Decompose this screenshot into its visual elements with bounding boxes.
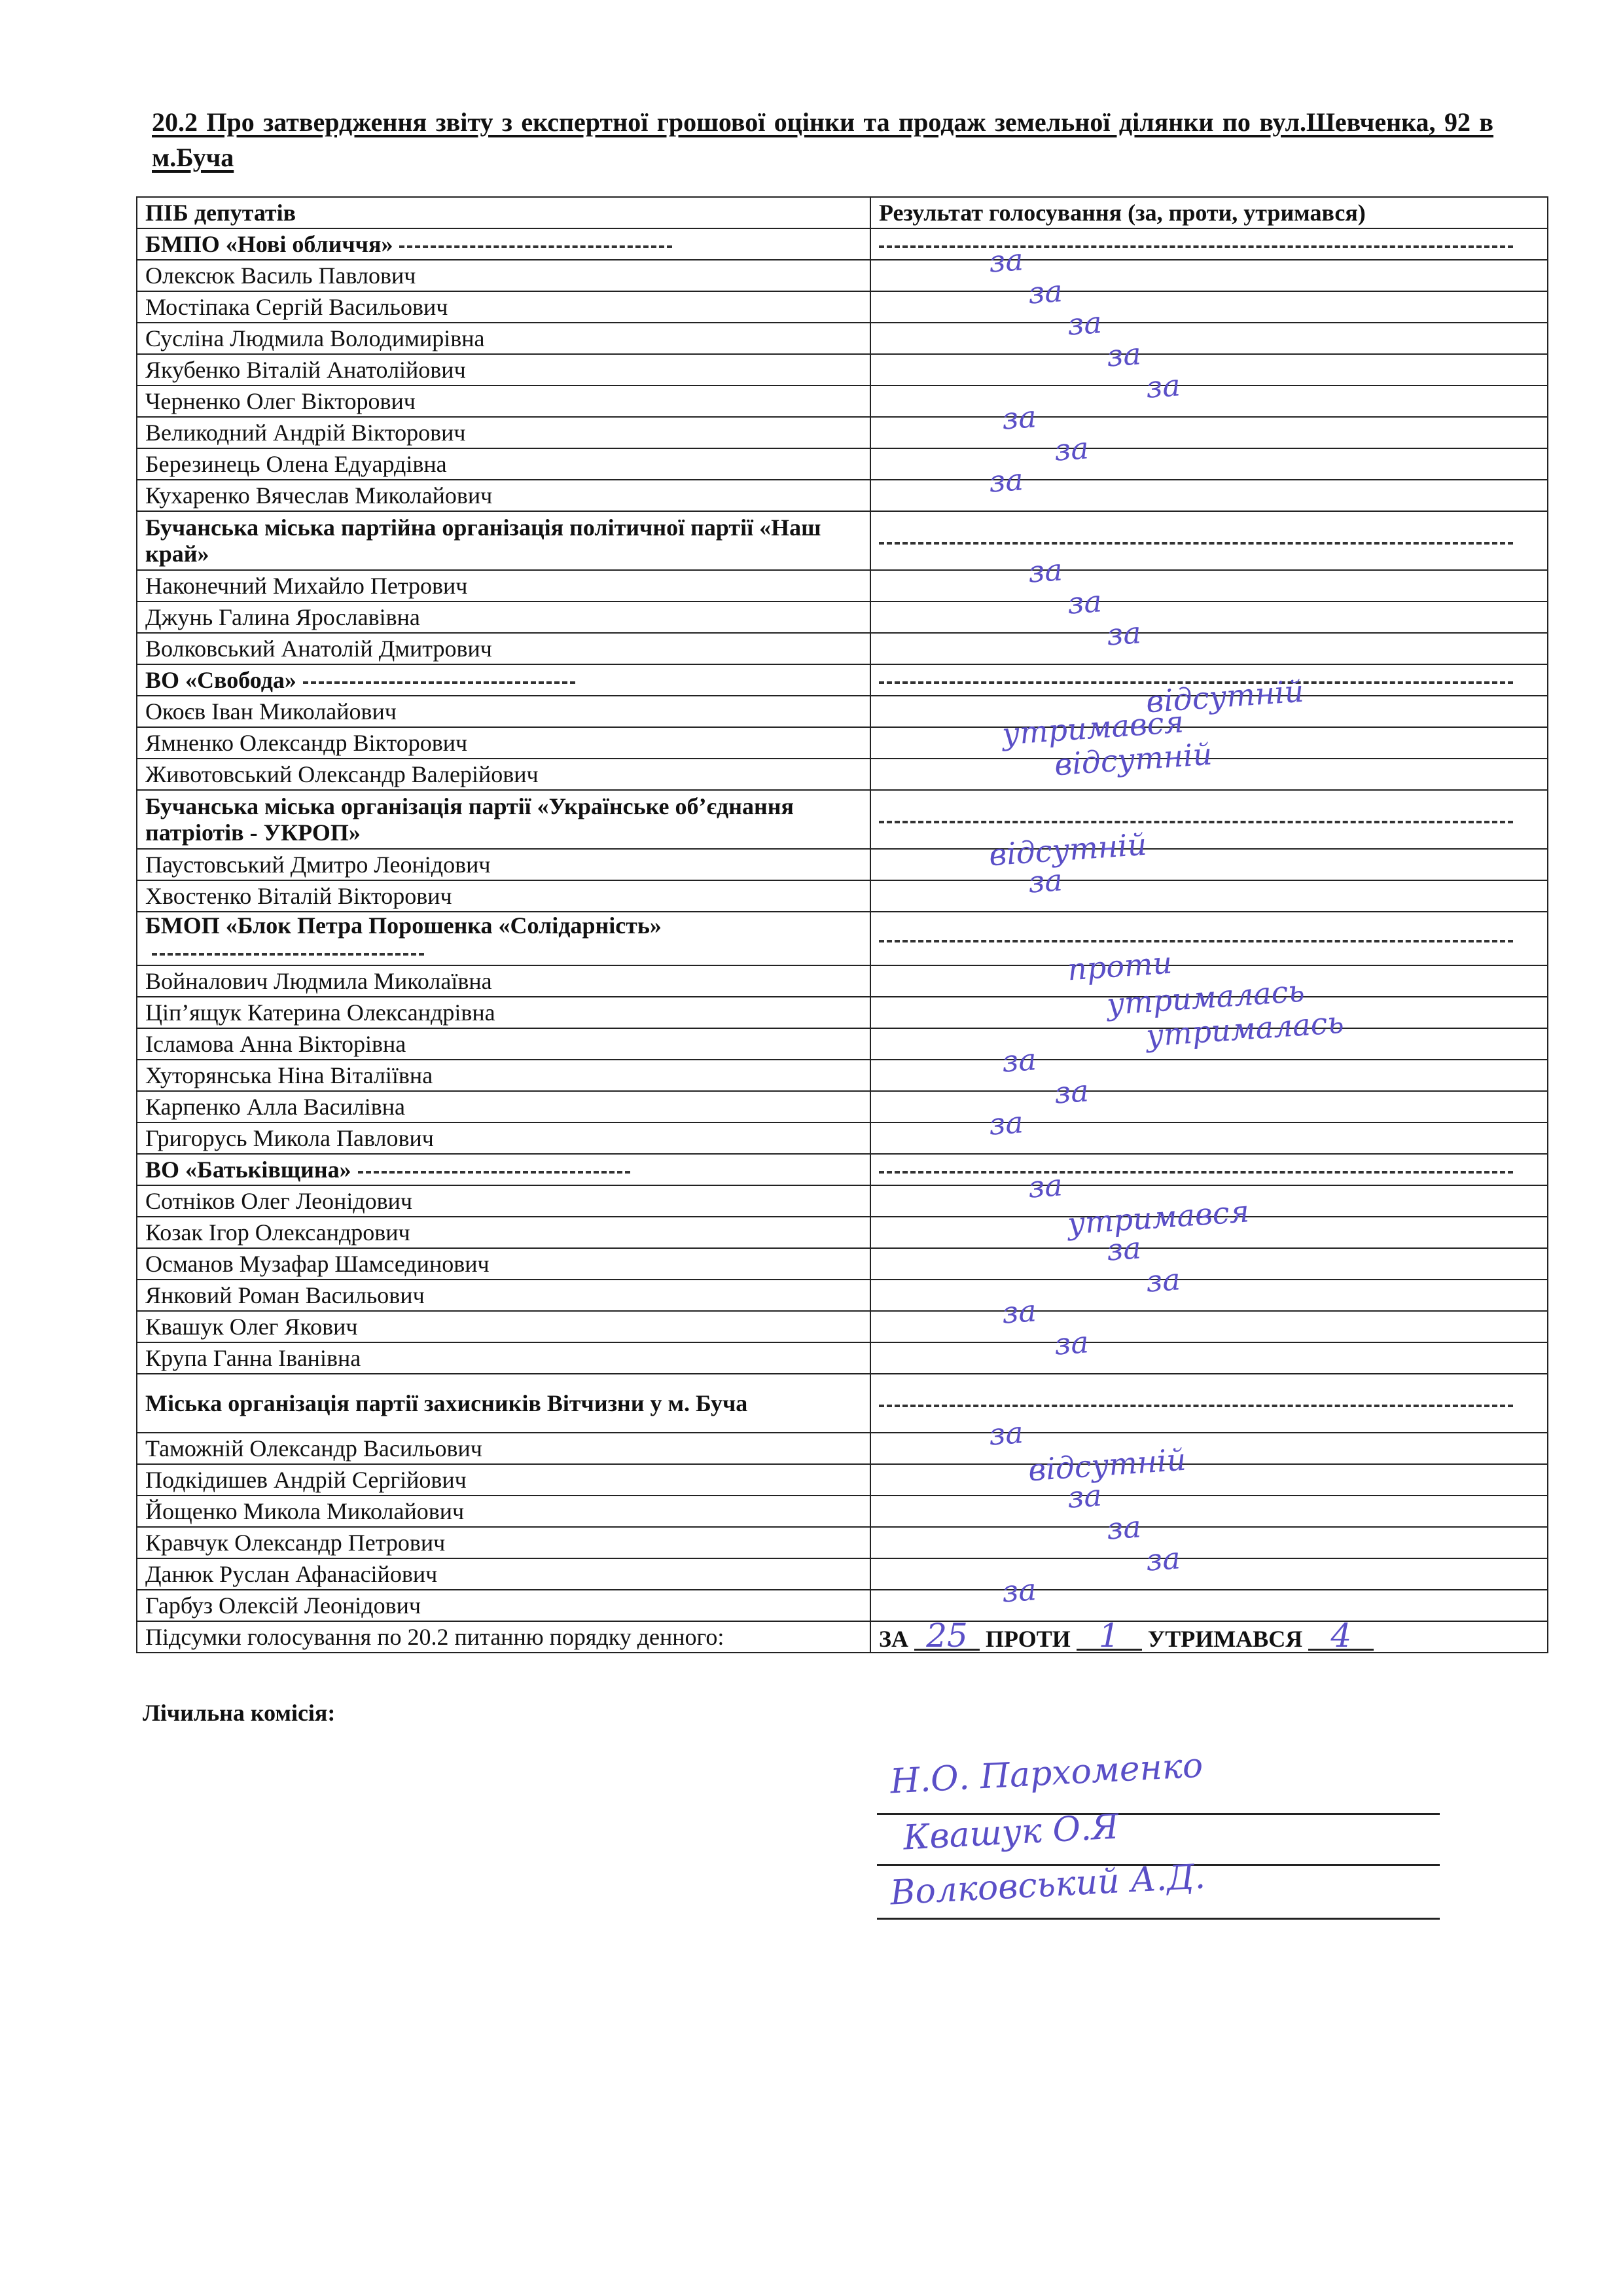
dashed-filler bbox=[303, 681, 575, 684]
deputy-name: Войналович Людмила Миколаївна bbox=[137, 965, 870, 997]
deputy-row: Янковий Роман Васильовичза bbox=[137, 1280, 1548, 1311]
handwritten-vote: за bbox=[1054, 1077, 1090, 1106]
deputy-row: Ямненко Олександр Вікторовичутримався bbox=[137, 727, 1548, 759]
handwritten-vote: за bbox=[1027, 278, 1063, 306]
deputy-name: Йощенко Микола Миколайович bbox=[137, 1496, 870, 1527]
deputy-name: Наконечний Михайло Петрович bbox=[137, 570, 870, 601]
handwritten-vote: за bbox=[1106, 1234, 1142, 1263]
dashed-filler bbox=[879, 1405, 1513, 1407]
handwritten-vote: за bbox=[1027, 867, 1063, 895]
deputy-name: Османов Музафар Шамсединович bbox=[137, 1248, 870, 1280]
party-name: БМПО «Нові обличчя» bbox=[145, 231, 393, 257]
deputy-name: Крупа Ганна Іванівна bbox=[137, 1342, 870, 1374]
handwritten-vote: за bbox=[988, 466, 1024, 495]
deputy-name: Мостіпака Сергій Васильович bbox=[137, 291, 870, 323]
abstain-label: УТРИМАВСЯ bbox=[1148, 1626, 1302, 1652]
dashed-filler bbox=[879, 1171, 1513, 1174]
deputy-name: Сусліна Людмила Володимирівна bbox=[137, 323, 870, 354]
party-name: ВО «Батьківщина» bbox=[145, 1157, 351, 1183]
deputy-name: Березинець Олена Едуардівна bbox=[137, 448, 870, 480]
deputy-row: Османов Музафар Шамсединовичза bbox=[137, 1248, 1548, 1280]
header-result: Результат голосування (за, проти, утрима… bbox=[870, 197, 1548, 228]
deputy-name: Джунь Галина Ярославівна bbox=[137, 601, 870, 633]
deputy-row: Войналович Людмила Миколаївнапроти bbox=[137, 965, 1548, 997]
handwritten-vote: проти bbox=[1067, 949, 1173, 982]
against-label: ПРОТИ bbox=[986, 1626, 1071, 1652]
deputy-name: Янковий Роман Васильович bbox=[137, 1280, 870, 1311]
dashed-filler bbox=[879, 245, 1513, 248]
handwritten-vote: за bbox=[988, 246, 1024, 275]
page-title: 20.2 Про затвердження звіту з експертної… bbox=[152, 105, 1493, 175]
counting-commission-label: Лічильна комісія: bbox=[143, 1699, 335, 1727]
handwritten-vote: за bbox=[1001, 403, 1037, 432]
handwritten-vote: за bbox=[1027, 556, 1063, 585]
dashed-filler bbox=[399, 245, 671, 248]
deputy-name: Кухаренко Вячеслав Миколайович bbox=[137, 480, 870, 511]
deputy-row: Козак Ігор Олександровичутримався bbox=[137, 1217, 1548, 1248]
party-group-row: ВО «Батьківщина» bbox=[137, 1154, 1548, 1185]
handwritten-vote: за bbox=[1145, 372, 1181, 401]
title-text: 20.2 Про затвердження звіту з експертної… bbox=[152, 107, 1493, 172]
handwritten-vote: за bbox=[988, 1419, 1024, 1448]
deputy-name: Волковський Анатолій Дмитрович bbox=[137, 633, 870, 664]
summary-label: Підсумки голосування по 20.2 питанню пор… bbox=[137, 1621, 870, 1653]
deputy-row: Березинець Олена Едуардівназа bbox=[137, 448, 1548, 480]
handwritten-vote: за bbox=[1027, 1172, 1063, 1200]
handwritten-vote: за bbox=[1067, 588, 1103, 617]
handwritten-vote: за bbox=[1067, 1482, 1103, 1511]
handwritten-vote: за bbox=[1001, 1297, 1037, 1326]
deputy-name: Ямненко Олександр Вікторович bbox=[137, 727, 870, 759]
party-group-row: ВО «Свобода» bbox=[137, 664, 1548, 696]
deputy-row: Йощенко Микола Миколайовичза bbox=[137, 1496, 1548, 1527]
party-name: Міська організація партії захисників Віт… bbox=[145, 1390, 747, 1416]
against-count: 1 bbox=[1077, 1623, 1142, 1651]
deputy-row: Наконечний Михайло Петровичза bbox=[137, 570, 1548, 601]
handwritten-vote: за bbox=[1001, 1576, 1037, 1605]
deputy-name: Паустовський Дмитро Леонідович bbox=[137, 849, 870, 880]
signature-line bbox=[877, 1918, 1440, 1920]
deputy-name: Данюк Руслан Афанасійович bbox=[137, 1558, 870, 1590]
party-group-row: Міська організація партії захисників Віт… bbox=[137, 1374, 1548, 1433]
abstain-count: 4 bbox=[1308, 1623, 1374, 1651]
handwritten-vote: за bbox=[1054, 435, 1090, 463]
party-group-row: Бучанська міська організація партії «Укр… bbox=[137, 790, 1548, 849]
deputy-name: Животовський Олександр Валерійович bbox=[137, 759, 870, 790]
deputy-row: Хвостенко Віталій Вікторовичза bbox=[137, 880, 1548, 912]
dashed-filler bbox=[879, 542, 1513, 545]
deputy-row: Подкідишев Андрій Сергійовичвідсутній bbox=[137, 1464, 1548, 1496]
deputy-row: Волковський Анатолій Дмитровичза bbox=[137, 633, 1548, 664]
deputy-name: Квашук Олег Якович bbox=[137, 1311, 870, 1342]
party-name: ВО «Свобода» bbox=[145, 667, 296, 693]
handwritten-vote: утримався bbox=[1067, 1198, 1250, 1236]
handwritten-vote: за bbox=[988, 1109, 1024, 1138]
handwritten-vote: за bbox=[1001, 1046, 1037, 1075]
deputy-row: Олексюк Василь Павловичза bbox=[137, 260, 1548, 291]
deputy-row: Мостіпака Сергій Васильовичза bbox=[137, 291, 1548, 323]
party-name: Бучанська міська партійна організація по… bbox=[145, 514, 821, 567]
summary-row: Підсумки голосування по 20.2 питанню пор… bbox=[137, 1621, 1548, 1653]
summary-totals: ЗА 25 ПРОТИ 1 УТРИМАВСЯ 4 bbox=[870, 1621, 1548, 1653]
deputy-row: Данюк Руслан Афанасійовичза bbox=[137, 1558, 1548, 1590]
dashed-filler bbox=[358, 1171, 630, 1174]
deputy-row: Сотніков Олег Леонідовичза bbox=[137, 1185, 1548, 1217]
deputy-row: Паустовський Дмитро Леонідовичвідсутній bbox=[137, 849, 1548, 880]
deputy-name: Григорусь Микола Павлович bbox=[137, 1122, 870, 1154]
deputy-row: Хуторянська Ніна Віталіївназа bbox=[137, 1060, 1548, 1091]
deputy-name: Якубенко Віталій Анатолійович bbox=[137, 354, 870, 386]
dashed-filler bbox=[879, 940, 1513, 942]
deputy-name: Гарбуз Олексій Леонідович bbox=[137, 1590, 870, 1621]
deputy-name: Окоєв Іван Миколайович bbox=[137, 696, 870, 727]
handwritten-vote: за bbox=[1106, 1513, 1142, 1542]
handwritten-vote: за bbox=[1054, 1329, 1090, 1357]
deputy-row: Сусліна Людмила Володимирівназа bbox=[137, 323, 1548, 354]
handwritten-vote: відсутній bbox=[1027, 1446, 1187, 1484]
voting-table: ПІБ депутатів Результат голосування (за,… bbox=[136, 196, 1548, 1653]
deputy-row: Великодний Андрій Вікторовичза bbox=[137, 417, 1548, 448]
handwritten-vote: відсутній bbox=[988, 831, 1148, 869]
deputy-row: Кухаренко Вячеслав Миколайовичза bbox=[137, 480, 1548, 511]
deputy-name: Ціп’ящук Катерина Олександрівна bbox=[137, 997, 870, 1028]
deputy-row: Черненко Олег Вікторовичза bbox=[137, 386, 1548, 417]
handwritten-vote: відсутній bbox=[1054, 741, 1213, 778]
deputy-name: Олексюк Василь Павлович bbox=[137, 260, 870, 291]
signature: Н.О. Пархоменко bbox=[889, 1746, 1204, 1802]
handwritten-vote: за bbox=[1106, 619, 1142, 648]
header-name: ПІБ депутатів bbox=[137, 197, 870, 228]
party-group-row: БМОП «Блок Петра Порошенка «Солідарність… bbox=[137, 912, 1548, 965]
deputy-name: Карпенко Алла Василівна bbox=[137, 1091, 870, 1122]
deputy-row: Ісламова Анна Вікторівнаутрималась bbox=[137, 1028, 1548, 1060]
deputy-row: Животовський Олександр Валерійовичвідсут… bbox=[137, 759, 1548, 790]
for-count: 25 bbox=[914, 1623, 980, 1651]
party-name: БМОП «Блок Петра Порошенка «Солідарність… bbox=[145, 912, 662, 939]
handwritten-vote: за bbox=[1106, 340, 1142, 369]
dashed-filler bbox=[879, 821, 1513, 823]
deputy-row: Крупа Ганна Іванівназа bbox=[137, 1342, 1548, 1374]
table-header: ПІБ депутатів Результат голосування (за,… bbox=[137, 197, 1548, 228]
deputy-row: Карпенко Алла Василівназа bbox=[137, 1091, 1548, 1122]
deputy-row: Григорусь Микола Павловичза bbox=[137, 1122, 1548, 1154]
deputy-name: Сотніков Олег Леонідович bbox=[137, 1185, 870, 1217]
deputy-name: Хвостенко Віталій Вікторович bbox=[137, 880, 870, 912]
deputy-name: Черненко Олег Вікторович bbox=[137, 386, 870, 417]
handwritten-vote: за bbox=[1067, 309, 1103, 338]
party-group-row: Бучанська міська партійна організація по… bbox=[137, 511, 1548, 570]
handwritten-vote: за bbox=[1145, 1545, 1181, 1573]
deputy-name: Подкідишев Андрій Сергійович bbox=[137, 1464, 870, 1496]
deputy-name: Козак Ігор Олександрович bbox=[137, 1217, 870, 1248]
party-name: Бучанська міська організація партії «Укр… bbox=[145, 793, 794, 846]
handwritten-vote: за bbox=[1145, 1266, 1181, 1295]
deputy-name: Таможній Олександр Васильович bbox=[137, 1433, 870, 1464]
dashed-filler bbox=[152, 953, 424, 956]
deputy-row: Кравчук Олександр Петровичза bbox=[137, 1527, 1548, 1558]
for-label: ЗА bbox=[879, 1626, 908, 1652]
deputy-row: Окоєв Іван Миколайовичвідсутній bbox=[137, 696, 1548, 727]
deputy-name: Великодний Андрій Вікторович bbox=[137, 417, 870, 448]
deputy-row: Якубенко Віталій Анатолійовичза bbox=[137, 354, 1548, 386]
deputy-row: Квашук Олег Яковичза bbox=[137, 1311, 1548, 1342]
deputy-name: Кравчук Олександр Петрович bbox=[137, 1527, 870, 1558]
deputy-row: Джунь Галина Ярославівназа bbox=[137, 601, 1548, 633]
deputy-name: Ісламова Анна Вікторівна bbox=[137, 1028, 870, 1060]
deputy-row: Таможній Олександр Васильовичза bbox=[137, 1433, 1548, 1464]
party-group-row: БМПО «Нові обличчя» bbox=[137, 228, 1548, 260]
deputy-name: Хуторянська Ніна Віталіївна bbox=[137, 1060, 870, 1091]
signature-line bbox=[877, 1813, 1440, 1815]
